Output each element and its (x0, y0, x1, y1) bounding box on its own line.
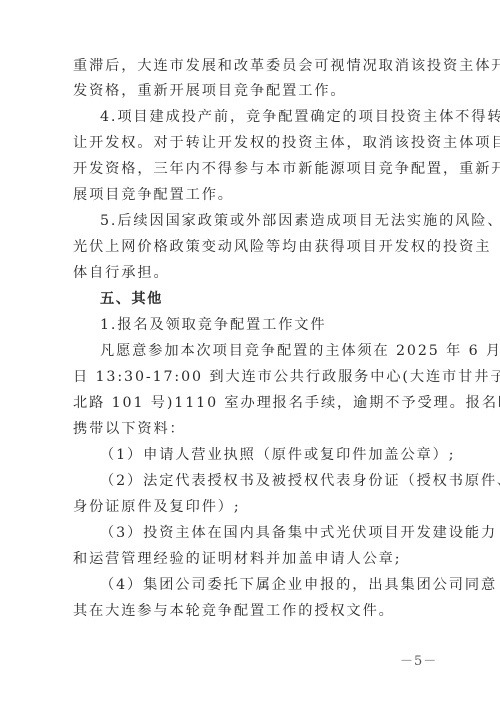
paragraph-line: 日 13:30-17:00 到大连市公共行政服务中心(大连市甘井子区东 (73, 368, 433, 386)
paragraph-line: 光伏上网价格政策变动风险等均由获得项目开发权的投资主 (73, 238, 433, 256)
paragraph-line: 4.项目建成投产前，竞争配置确定的项目投资主体不得转 (100, 108, 433, 126)
paragraph-line: 重滞后，大连市发展和改革委员会可视情况取消该投资主体开 (73, 57, 433, 75)
document-page: 重滞后，大连市发展和改革委员会可视情况取消该投资主体开 发资格，重新开展项目竞争… (0, 0, 500, 706)
list-item: （1）申请人营业执照（原件或复印件加盖公章）; (100, 446, 433, 464)
page-number: －5－ (400, 650, 437, 669)
list-item-continuation: 和运营管理经验的证明材料并加盖申请人公章; (73, 550, 433, 568)
paragraph-line: 展项目竞争配置工作。 (73, 186, 433, 204)
list-item-continuation: 其在大连参与本轮竞争配置工作的授权文件。 (73, 602, 433, 620)
list-item: （4）集团公司委托下属企业申报的，出具集团公司同意 (100, 576, 433, 594)
paragraph-line: 北路 101 号)1110 室办理报名手续，逾期不予受理。报名时须 (73, 394, 433, 412)
paragraph-line: 发资格，重新开展项目竞争配置工作。 (73, 82, 433, 100)
paragraph-line: 体自行承担。 (73, 264, 433, 282)
paragraph-line: 5.后续因国家政策或外部因素造成项目无法实施的风险、 (100, 212, 433, 230)
paragraph-line: 携带以下资料： (73, 420, 433, 438)
list-item: （2）法定代表授权书及被授权代表身份证（授权书原件、 (100, 472, 433, 490)
paragraph-line: 开发资格，三年内不得参与本市新能源项目竞争配置，重新开 (73, 160, 433, 178)
paragraph-line: 让开发权。对于转让开发权的投资主体，取消该投资主体项目 (73, 134, 433, 152)
list-item: （3）投资主体在国内具备集中式光伏项目开发建设能力 (100, 524, 433, 542)
subsection-heading: 1.报名及领取竞争配置工作文件 (100, 316, 433, 334)
paragraph-line: 凡愿意参加本次项目竞争配置的主体须在 2025 年 6 月 13 (100, 342, 433, 360)
section-heading: 五、其他 (100, 290, 433, 308)
list-item-continuation: 身份证原件及复印件）; (73, 498, 433, 516)
